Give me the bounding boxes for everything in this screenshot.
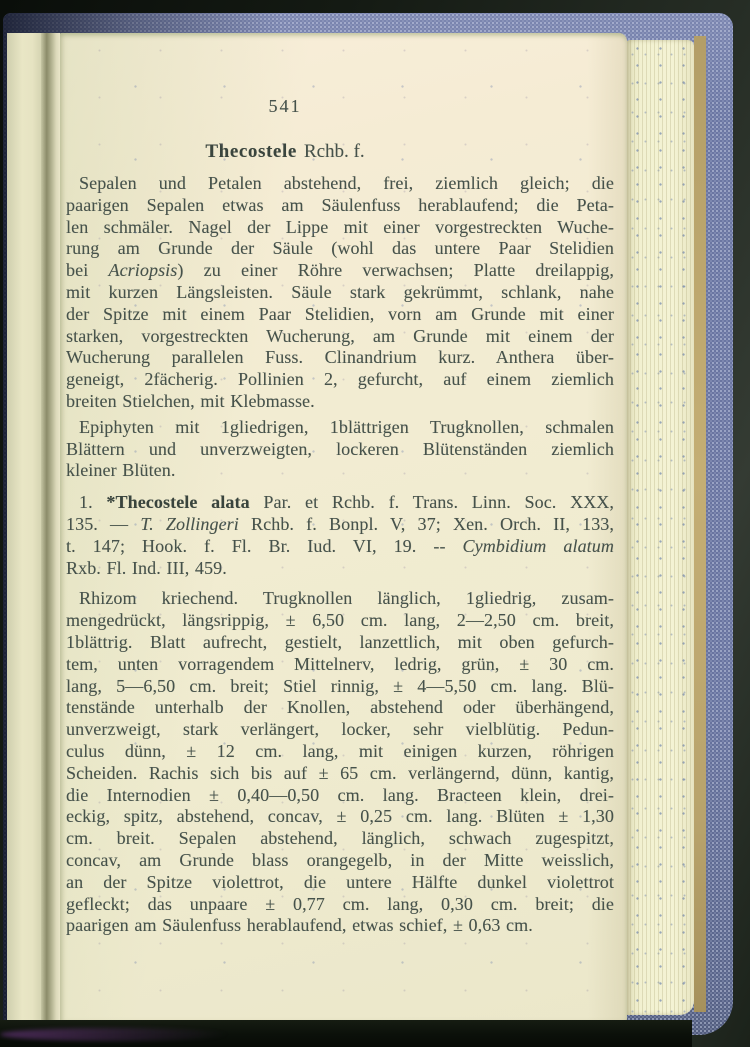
text-segment: paarigen Sepalen etwas am Säulenfuss her… — [66, 195, 614, 215]
text-line: 135. — T. Zollingeri Rchb. f. Bonpl. V, … — [66, 514, 614, 536]
text-line: t. 147; Hook. f. Fl. Br. Iud. VI, 19. --… — [66, 536, 614, 558]
text-segment: cm. breit. Sepalen abstehend, länglich, … — [66, 828, 614, 848]
text-line: breiten Stielchen, mit Klebmasse. — [66, 391, 614, 413]
text-segment: lang, 5—6,50 cm. breit; Stiel rinnig, ± … — [66, 676, 614, 696]
genus-name: Thecostele — [205, 141, 296, 162]
text-segment: rung am Grunde der Säule (wohl das unter… — [66, 238, 614, 258]
text-line: die Internodien ± 0,40—0,50 cm. lang. Br… — [66, 785, 614, 807]
text-segment: mit kurzen Längsleisten. Säule stark gek… — [66, 282, 614, 302]
text-segment: mengedrückt, längsrippig, ± 6,50 cm. lan… — [66, 610, 614, 630]
book-page: 541 ThecosteleRchb. f. Sepalen und Petal… — [60, 33, 627, 1022]
text-segment: Wucherung parallelen Fuss. Clinandrium k… — [66, 347, 614, 367]
text-line: 1. *Thecostele alata Par. et Rchb. f. Tr… — [66, 492, 614, 514]
text-segment: tem, unten vorragendem Mittelnerv, ledri… — [66, 654, 614, 674]
printed-area: 541 ThecosteleRchb. f. Sepalen und Petal… — [60, 33, 627, 1022]
text-segment: eckig, spitz, abstehend, concav, ± 0,25 … — [66, 806, 614, 826]
paragraph: 1. *Thecostele alata Par. et Rchb. f. Tr… — [66, 492, 614, 579]
text-segment: Epiphyten mit 1gliedrigen, 1blättrigen T… — [79, 417, 614, 437]
text-segment: tenstände unterhalb der Knollen, abstehe… — [66, 697, 614, 717]
text-line: kleiner Blüten. — [66, 460, 614, 482]
fore-edge-page-stack — [626, 40, 694, 1015]
text-segment: Blättern und unverzweigten, lockeren Blü… — [66, 439, 614, 459]
book-scan: 541 ThecosteleRchb. f. Sepalen und Petal… — [0, 0, 750, 1047]
italic-text: T. Zollingeri — [140, 514, 239, 534]
bold-text: *Thecostele alata — [106, 492, 249, 512]
section-heading: ThecosteleRchb. f. — [60, 141, 510, 163]
text-segment: die Internodien ± 0,40—0,50 cm. lang. Br… — [66, 785, 614, 805]
page-number: 541 — [60, 96, 510, 117]
text-line: concav, am Grunde blass orangegelb, in d… — [66, 850, 614, 872]
text-line: bei Acriopsis) zu einer Röhre verwachsen… — [66, 260, 614, 282]
text-segment: 135. — — [66, 514, 140, 534]
text-segment: paarigen am Säulenfuss herablaufend, etw… — [66, 915, 533, 935]
text-segment: breiten Stielchen, mit Klebmasse. — [66, 391, 315, 411]
text-segment: an der Spitze violettrot, die untere Häl… — [66, 872, 614, 892]
text-segment: Scheiden. Rachis sich bis auf ± 65 cm. v… — [66, 763, 614, 783]
text-line: Wucherung parallelen Fuss. Clinandrium k… — [66, 347, 614, 369]
heading-author: Rchb. f. — [304, 141, 365, 162]
text-segment: kleiner Blüten. — [66, 460, 175, 480]
text-segment: geneigt, 2fächerig. Pollinien 2, gefurch… — [66, 369, 614, 389]
text-line: starken, vorgestreckten Wucherung, am Gr… — [66, 326, 614, 348]
text-segment: culus dünn, ± 12 cm. lang, mit einigen k… — [66, 741, 614, 761]
text-segment: Rxb. Fl. Ind. III, 459. — [66, 558, 227, 578]
gutter-shadow — [41, 33, 60, 1022]
text-line: unverzweigt, stark verlängert, locker, s… — [66, 719, 614, 741]
text-line: Scheiden. Rachis sich bis auf ± 65 cm. v… — [66, 763, 614, 785]
text-line: culus dünn, ± 12 cm. lang, mit einigen k… — [66, 741, 614, 763]
text-line: paarigen Sepalen etwas am Säulenfuss her… — [66, 195, 614, 217]
text-segment: Rchb. f. Bonpl. V, 37; Xen. Orch. II, 13… — [239, 514, 614, 534]
text-line: der Spitze mit einem Paar Stelidien, vor… — [66, 304, 614, 326]
italic-text: Cymbidium alatum — [463, 536, 614, 556]
text-line: rung am Grunde der Säule (wohl das unter… — [66, 238, 614, 260]
text-line: 1blättrig. Blatt aufrecht, gestielt, lan… — [66, 632, 614, 654]
text-segment: 1. — [79, 492, 106, 512]
text-line: geneigt, 2fächerig. Pollinien 2, gefurch… — [66, 369, 614, 391]
text-segment: len schmäler. Nagel der Lippe mit einer … — [66, 217, 614, 237]
italic-text: Acriopsis — [108, 260, 177, 280]
text-line: Epiphyten mit 1gliedrigen, 1blättrigen T… — [66, 417, 614, 439]
facing-page-edge — [7, 33, 41, 1022]
text-segment: der Spitze mit einem Paar Stelidien, vor… — [66, 304, 614, 324]
text-line: Rhizom kriechend. Trugknollen länglich, … — [66, 588, 614, 610]
text-line: cm. breit. Sepalen abstehend, länglich, … — [66, 828, 614, 850]
text-line: Rxb. Fl. Ind. III, 459. — [66, 558, 614, 580]
text-line: tenstände unterhalb der Knollen, abstehe… — [66, 697, 614, 719]
cover-board-edge — [694, 36, 706, 1012]
text-segment: gefleckt; das unpaare ± 0,77 cm. lang, 0… — [66, 894, 614, 914]
text-segment: concav, am Grunde blass orangegelb, in d… — [66, 850, 614, 870]
text-line: len schmäler. Nagel der Lippe mit einer … — [66, 217, 614, 239]
purple-light-sheen — [0, 1028, 230, 1041]
text-line: eckig, spitz, abstehend, concav, ± 0,25 … — [66, 806, 614, 828]
text-segment: ) zu einer Röhre verwachsen; Platte drei… — [177, 260, 614, 280]
text-segment: unverzweigt, stark verlängert, locker, s… — [66, 719, 614, 739]
text-segment: Rhizom kriechend. Trugknollen länglich, … — [79, 588, 614, 608]
body-text: Sepalen und Petalen abstehend, frei, zie… — [66, 173, 614, 937]
text-line: gefleckt; das unpaare ± 0,77 cm. lang, 0… — [66, 894, 614, 916]
paragraph: Sepalen und Petalen abstehend, frei, zie… — [66, 173, 614, 413]
text-line: tem, unten vorragendem Mittelnerv, ledri… — [66, 654, 614, 676]
paragraph: Rhizom kriechend. Trugknollen länglich, … — [66, 588, 614, 937]
text-segment: bei — [66, 260, 108, 280]
text-line: paarigen am Säulenfuss herablaufend, etw… — [66, 915, 614, 937]
text-segment: starken, vorgestreckten Wucherung, am Gr… — [66, 326, 614, 346]
text-segment: t. 147; Hook. f. Fl. Br. Iud. VI, 19. -- — [66, 536, 463, 556]
text-line: Sepalen und Petalen abstehend, frei, zie… — [66, 173, 614, 195]
text-segment: Sepalen und Petalen abstehend, frei, zie… — [79, 173, 614, 193]
text-line: mit kurzen Längsleisten. Säule stark gek… — [66, 282, 614, 304]
text-line: mengedrückt, längsrippig, ± 6,50 cm. lan… — [66, 610, 614, 632]
text-segment: Par. et Rchb. f. Trans. Linn. Soc. XXX, — [250, 492, 614, 512]
text-line: an der Spitze violettrot, die untere Häl… — [66, 872, 614, 894]
text-line: lang, 5—6,50 cm. breit; Stiel rinnig, ± … — [66, 676, 614, 698]
text-segment: 1blättrig. Blatt aufrecht, gestielt, lan… — [66, 632, 614, 652]
paragraph: Epiphyten mit 1gliedrigen, 1blättrigen T… — [66, 417, 614, 482]
text-line: Blättern und unverzweigten, lockeren Blü… — [66, 439, 614, 461]
